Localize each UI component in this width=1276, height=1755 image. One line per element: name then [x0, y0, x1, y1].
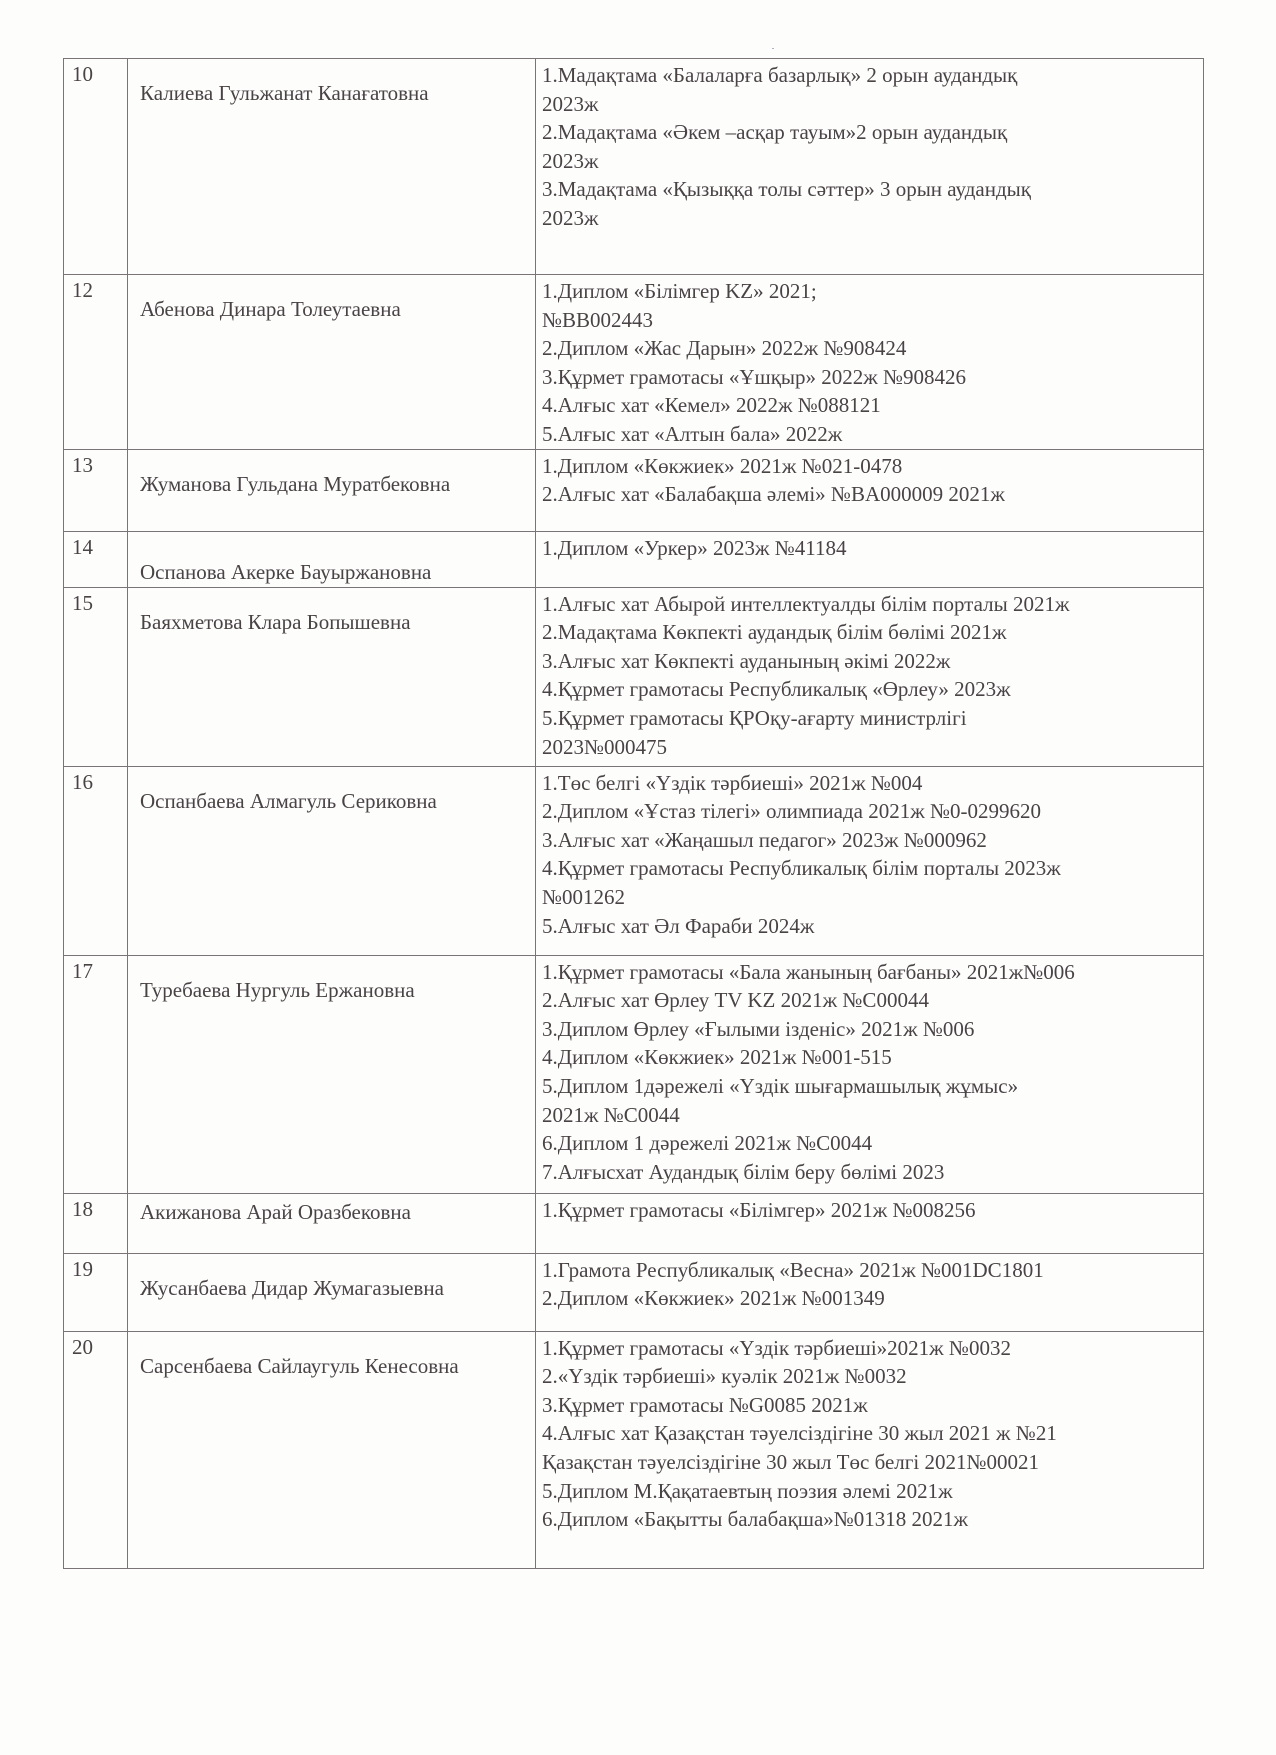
row-number: 12 [64, 275, 128, 450]
table-row: 13 Жуманова Гульдана Муратбековна 1.Дипл… [64, 449, 1204, 531]
award-item: 1.Құрмет грамотасы «Бала жанының бағбаны… [542, 958, 1199, 987]
award-item: 2.Алғыс хат «Балабақша әлемі» №BA000009 … [542, 480, 1199, 509]
award-item: 6.Диплом 1 дәрежелі 2021ж №C0044 [542, 1129, 1199, 1158]
award-item: 3.Құрмет грамотасы «Ұшқыр» 2022ж №908426 [542, 363, 1199, 392]
award-item: 4.Құрмет грамотасы Республикалық білім п… [542, 854, 1199, 883]
scan-speck [772, 48, 774, 49]
table-row: 19 Жусанбаева Дидар Жумагазыевна 1.Грамо… [64, 1253, 1204, 1331]
award-item: 2.Диплом «Көкжиек» 2021ж №001349 [542, 1284, 1199, 1313]
teacher-name: Оспанбаева Алмагуль Сериковна [128, 766, 536, 955]
award-item: 2.Алғыс хат Өрлеу TV KZ 2021ж №C00044 [542, 986, 1199, 1015]
awards-list: 1.Мадақтама «Балаларға базарлық» 2 орын … [536, 59, 1204, 275]
award-item: 4.Диплом «Көкжиек» 2021ж №001-515 [542, 1043, 1199, 1072]
scanned-page: 10 Калиева Гульжанат Канағатовна 1.Мадақ… [0, 0, 1276, 1755]
award-item: 6.Диплом «Бақытты балабақша»№01318 2021ж [542, 1505, 1199, 1534]
teacher-name: Жусанбаева Дидар Жумагазыевна [128, 1253, 536, 1331]
award-item: 1.Диплом «Көкжиек» 2021ж №021-0478 [542, 452, 1199, 481]
award-item: 3.Құрмет грамотасы №G0085 2021ж [542, 1391, 1199, 1420]
award-item: 1.Диплом «Білімгер KZ» 2021; [542, 277, 1199, 306]
award-item: 4.Құрмет грамотасы Республикалық «Өрлеу»… [542, 675, 1199, 704]
award-item: Қазақстан тәуелсіздігіне 30 жыл Төс белг… [542, 1448, 1199, 1477]
teacher-name: Туребаева Нургуль Ержановна [128, 955, 536, 1193]
awards-table-body: 10 Калиева Гульжанат Канағатовна 1.Мадақ… [64, 59, 1204, 1569]
award-item: №001262 [542, 883, 1199, 912]
award-item: 2.Мадақтама Көкпекті аудандық білім бөлі… [542, 618, 1199, 647]
table-row: 15 Баяхметова Клара Бопышевна 1.Алғыс ха… [64, 587, 1204, 766]
row-number: 15 [64, 587, 128, 766]
award-item: 2023ж [542, 90, 1199, 119]
row-number: 14 [64, 531, 128, 587]
awards-list: 1.Құрмет грамотасы «Білімгер» 2021ж №008… [536, 1193, 1204, 1253]
teacher-name: Сарсенбаева Сайлаугуль Кенесовна [128, 1331, 536, 1568]
teacher-name: Баяхметова Клара Бопышевна [128, 587, 536, 766]
row-number: 18 [64, 1193, 128, 1253]
award-item: 1.Төс белгі «Үздік тәрбиеші» 2021ж №004 [542, 769, 1199, 798]
award-item: 3.Алғыс хат Көкпекті ауданының әкімі 202… [542, 647, 1199, 676]
award-item: 2023ж [542, 147, 1199, 176]
award-item: 2.«Үздік тәрбиеші» куәлік 2021ж №0032 [542, 1362, 1199, 1391]
table-row: 18 Акижанова Арай Оразбековна 1.Құрмет г… [64, 1193, 1204, 1253]
award-item: 2.Диплом «Жас Дарын» 2022ж №908424 [542, 334, 1199, 363]
teacher-name: Калиева Гульжанат Канағатовна [128, 59, 536, 275]
award-item: 4.Алғыс хат Қазақстан тәуелсіздігіне 30 … [542, 1419, 1199, 1448]
awards-list: 1.Грамота Республикалық «Весна» 2021ж №0… [536, 1253, 1204, 1331]
award-item: 1.Диплом «Уркер» 2023ж №41184 [542, 534, 1199, 563]
awards-list: 1.Диплом «Көкжиек» 2021ж №021-04782.Алғы… [536, 449, 1204, 531]
award-item: 1.Алғыс хат Абырой интеллектуалды білім … [542, 590, 1199, 619]
teacher-name: Жуманова Гульдана Муратбековна [128, 449, 536, 531]
awards-table: 10 Калиева Гульжанат Канағатовна 1.Мадақ… [63, 58, 1204, 1569]
award-item: 2.Мадақтама «Әкем –асқар тауым»2 орын ау… [542, 118, 1199, 147]
awards-list: 1.Диплом «Білімгер KZ» 2021;№BB0024432.Д… [536, 275, 1204, 450]
row-number: 19 [64, 1253, 128, 1331]
awards-list: 1.Төс белгі «Үздік тәрбиеші» 2021ж №0042… [536, 766, 1204, 955]
award-item: 5.Құрмет грамотасы ҚРОқу-ағарту министрл… [542, 704, 1199, 733]
award-item: 4.Алғыс хат «Кемел» 2022ж №088121 [542, 391, 1199, 420]
award-item: 2023№000475 [542, 733, 1199, 762]
table-row: 20 Сарсенбаева Сайлаугуль Кенесовна 1.Құ… [64, 1331, 1204, 1568]
teacher-name: Акижанова Арай Оразбековна [128, 1193, 536, 1253]
row-number: 16 [64, 766, 128, 955]
award-item: 5.Алғыс хат «Алтын бала» 2022ж [542, 420, 1199, 449]
table-row: 10 Калиева Гульжанат Канағатовна 1.Мадақ… [64, 59, 1204, 275]
table-row: 12 Абенова Динара Толеутаевна 1.Диплом «… [64, 275, 1204, 450]
award-item: 3.Мадақтама «Қызыққа толы сәттер» 3 орын… [542, 175, 1199, 204]
award-item: №BB002443 [542, 306, 1199, 335]
award-item: 1.Құрмет грамотасы «Үздік тәрбиеші»2021ж… [542, 1334, 1199, 1363]
award-item: 3.Диплом Өрлеу «Ғылыми ізденіс» 2021ж №0… [542, 1015, 1199, 1044]
table-row: 14 Оспанова Акерке Бауыржановна 1.Диплом… [64, 531, 1204, 587]
row-number: 13 [64, 449, 128, 531]
table-row: 17 Туребаева Нургуль Ержановна 1.Құрмет … [64, 955, 1204, 1193]
award-item: 5.Алғыс хат Әл Фараби 2024ж [542, 912, 1199, 941]
award-item: 1.Мадақтама «Балаларға базарлық» 2 орын … [542, 61, 1199, 90]
award-item: 7.Алғысхат Аудандық білім беру бөлімі 20… [542, 1158, 1199, 1187]
award-item: 5.Диплом 1дәрежелі «Үздік шығармашылық ж… [542, 1072, 1199, 1101]
awards-list: 1.Құрмет грамотасы «Үздік тәрбиеші»2021ж… [536, 1331, 1204, 1568]
teacher-name: Оспанова Акерке Бауыржановна [128, 531, 536, 587]
awards-list: 1.Алғыс хат Абырой интеллектуалды білім … [536, 587, 1204, 766]
award-item: 1.Құрмет грамотасы «Білімгер» 2021ж №008… [542, 1196, 1199, 1225]
award-item: 5.Диплом М.Қақатаевтың поэзия әлемі 2021… [542, 1477, 1199, 1506]
award-item: 2023ж [542, 204, 1199, 233]
row-number: 20 [64, 1331, 128, 1568]
row-number: 10 [64, 59, 128, 275]
awards-list: 1.Диплом «Уркер» 2023ж №41184 [536, 531, 1204, 587]
award-item: 2.Диплом «Ұстаз тілегі» олимпиада 2021ж … [542, 797, 1199, 826]
award-item: 1.Грамота Республикалық «Весна» 2021ж №0… [542, 1256, 1199, 1285]
award-item: 3.Алғыс хат «Жаңашыл педагог» 2023ж №000… [542, 826, 1199, 855]
award-item: 2021ж №C0044 [542, 1101, 1199, 1130]
awards-list: 1.Құрмет грамотасы «Бала жанының бағбаны… [536, 955, 1204, 1193]
teacher-name: Абенова Динара Толеутаевна [128, 275, 536, 450]
row-number: 17 [64, 955, 128, 1193]
table-row: 16 Оспанбаева Алмагуль Сериковна 1.Төс б… [64, 766, 1204, 955]
